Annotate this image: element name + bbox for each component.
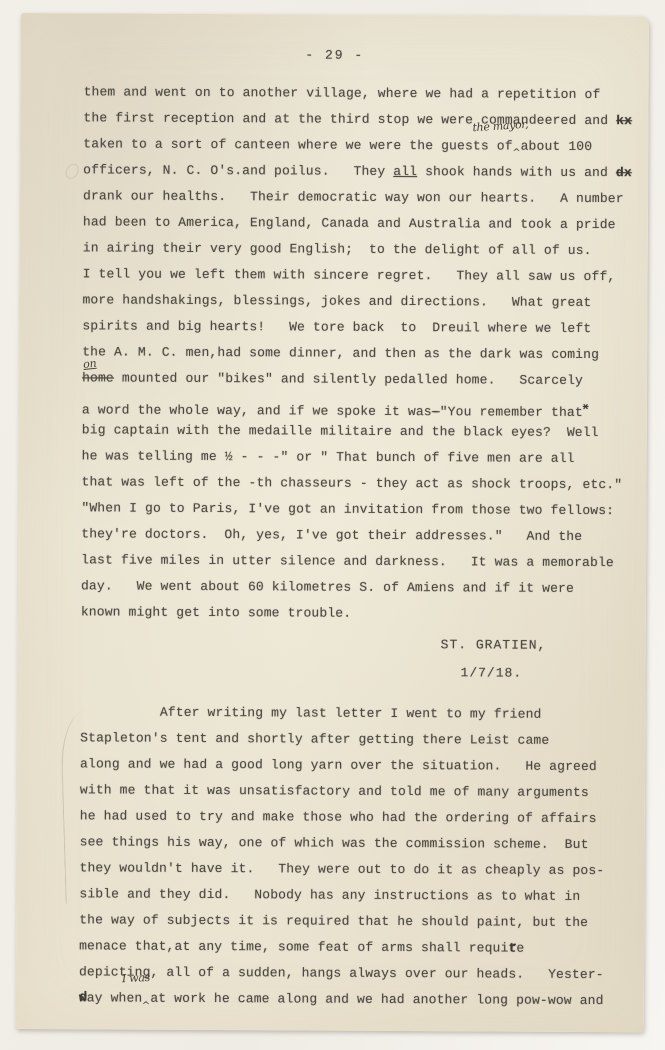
- typed-line: wday when at work he came along and we h…: [79, 985, 604, 1014]
- typed-line: that was left of the -th chasseurs - the…: [81, 469, 630, 498]
- typed-line: the way of subjects it is required that …: [79, 907, 604, 936]
- typed-line: they wouldn't have it. They were out to …: [79, 855, 604, 884]
- typed-line: Stapleton's tent and shortly after getti…: [80, 725, 605, 754]
- typed-line: big captain with the medaille militaire …: [82, 417, 631, 446]
- typed-line: the A. M. C. men,had some dinner, and th…: [82, 339, 631, 368]
- insertion-caret-mayor: ^: [512, 148, 520, 159]
- typed-line: sible and they did. Nobody has any instr…: [79, 881, 604, 910]
- typed-line: menace that,at any time, some feat of ar…: [79, 933, 604, 962]
- typed-line: he had used to try and make those who ha…: [80, 803, 605, 832]
- typed-line: had been to America, England, Canada and…: [83, 209, 632, 238]
- typed-line: along and we had a good long yarn over t…: [80, 751, 605, 780]
- typed-line: in airing their very good English; to th…: [83, 235, 632, 264]
- typed-line: with me that it was unsatisfactory and t…: [80, 777, 605, 806]
- page-number: - 29 -: [21, 46, 649, 64]
- handwritten-correction-on: on: [83, 357, 97, 371]
- typed-line: see things his way, one of which was the…: [80, 829, 605, 858]
- paragraph-1: them and went on to another village, whe…: [81, 79, 633, 628]
- typed-line: day. We went about 60 kilometres S. of A…: [81, 573, 630, 602]
- scan-background: - 29 - them and went on to another villa…: [0, 0, 665, 1050]
- typed-line: "When I go to Paris, I've got an invitat…: [81, 495, 630, 524]
- typed-line: drank our healths. Their democratic way …: [83, 183, 632, 212]
- typed-line: more handshakings, blessings, jokes and …: [82, 287, 631, 316]
- typed-line: the first reception and at the third sto…: [83, 105, 632, 134]
- dateline-place: ST. GRATIEN,: [441, 637, 547, 653]
- typed-line: he was telling me ½ - - -" or " That bun…: [82, 443, 631, 472]
- insertion-caret-i-was: ^: [142, 1001, 150, 1012]
- typed-line: officers, N. C. O's.and poilus. They all…: [83, 157, 632, 186]
- typed-line: they're doctors. Oh, yes, I've got their…: [81, 521, 630, 550]
- typed-line: taken to a sort of canteen where we were…: [83, 131, 632, 160]
- typed-line: spirits and big hearts! We tore back to …: [82, 313, 631, 342]
- document-page: - 29 - them and went on to another villa…: [16, 13, 649, 1032]
- typed-line: I tell you we left them with sincere reg…: [83, 261, 632, 290]
- paragraph-2: After writing my last letter I went to m…: [79, 699, 605, 1014]
- typed-line: them and went on to another village, whe…: [84, 79, 633, 108]
- typed-line: After writing my last letter I went to m…: [80, 699, 605, 728]
- dateline-date: 1/7/18.: [461, 665, 523, 680]
- typed-line: known might get into some trouble.: [81, 599, 630, 628]
- typed-line: home mounted our "bikes" and silently pe…: [82, 365, 631, 394]
- typed-line: depicting, all of a sudden, hangs always…: [79, 959, 604, 988]
- handwritten-insertion-i-was: I was: [122, 971, 151, 985]
- typed-line: a word the whole way, and if we spoke it…: [82, 391, 631, 420]
- paper-blemish: [63, 161, 81, 181]
- typed-line: last five miles in utter silence and dar…: [81, 547, 630, 576]
